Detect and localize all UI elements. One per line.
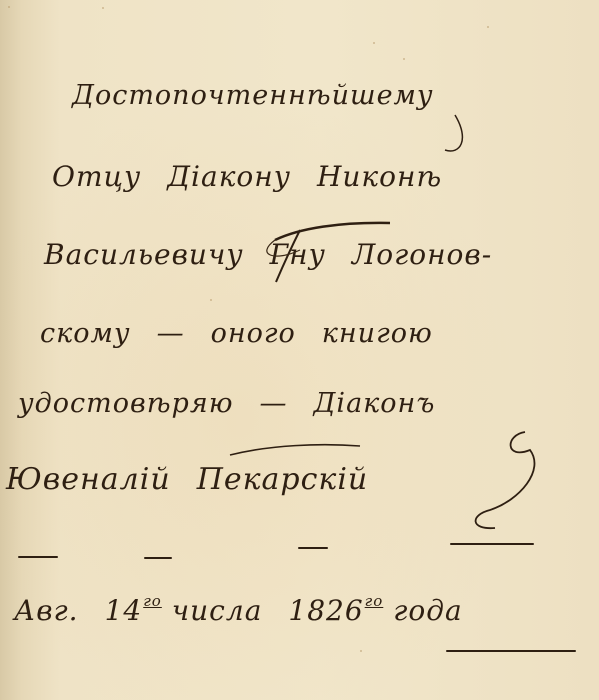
manuscript-page: Достопочтеннѣйшему ОтцуДiаконуНиконѣ Вас… [0,0,599,700]
ink-flourishes [0,0,599,700]
